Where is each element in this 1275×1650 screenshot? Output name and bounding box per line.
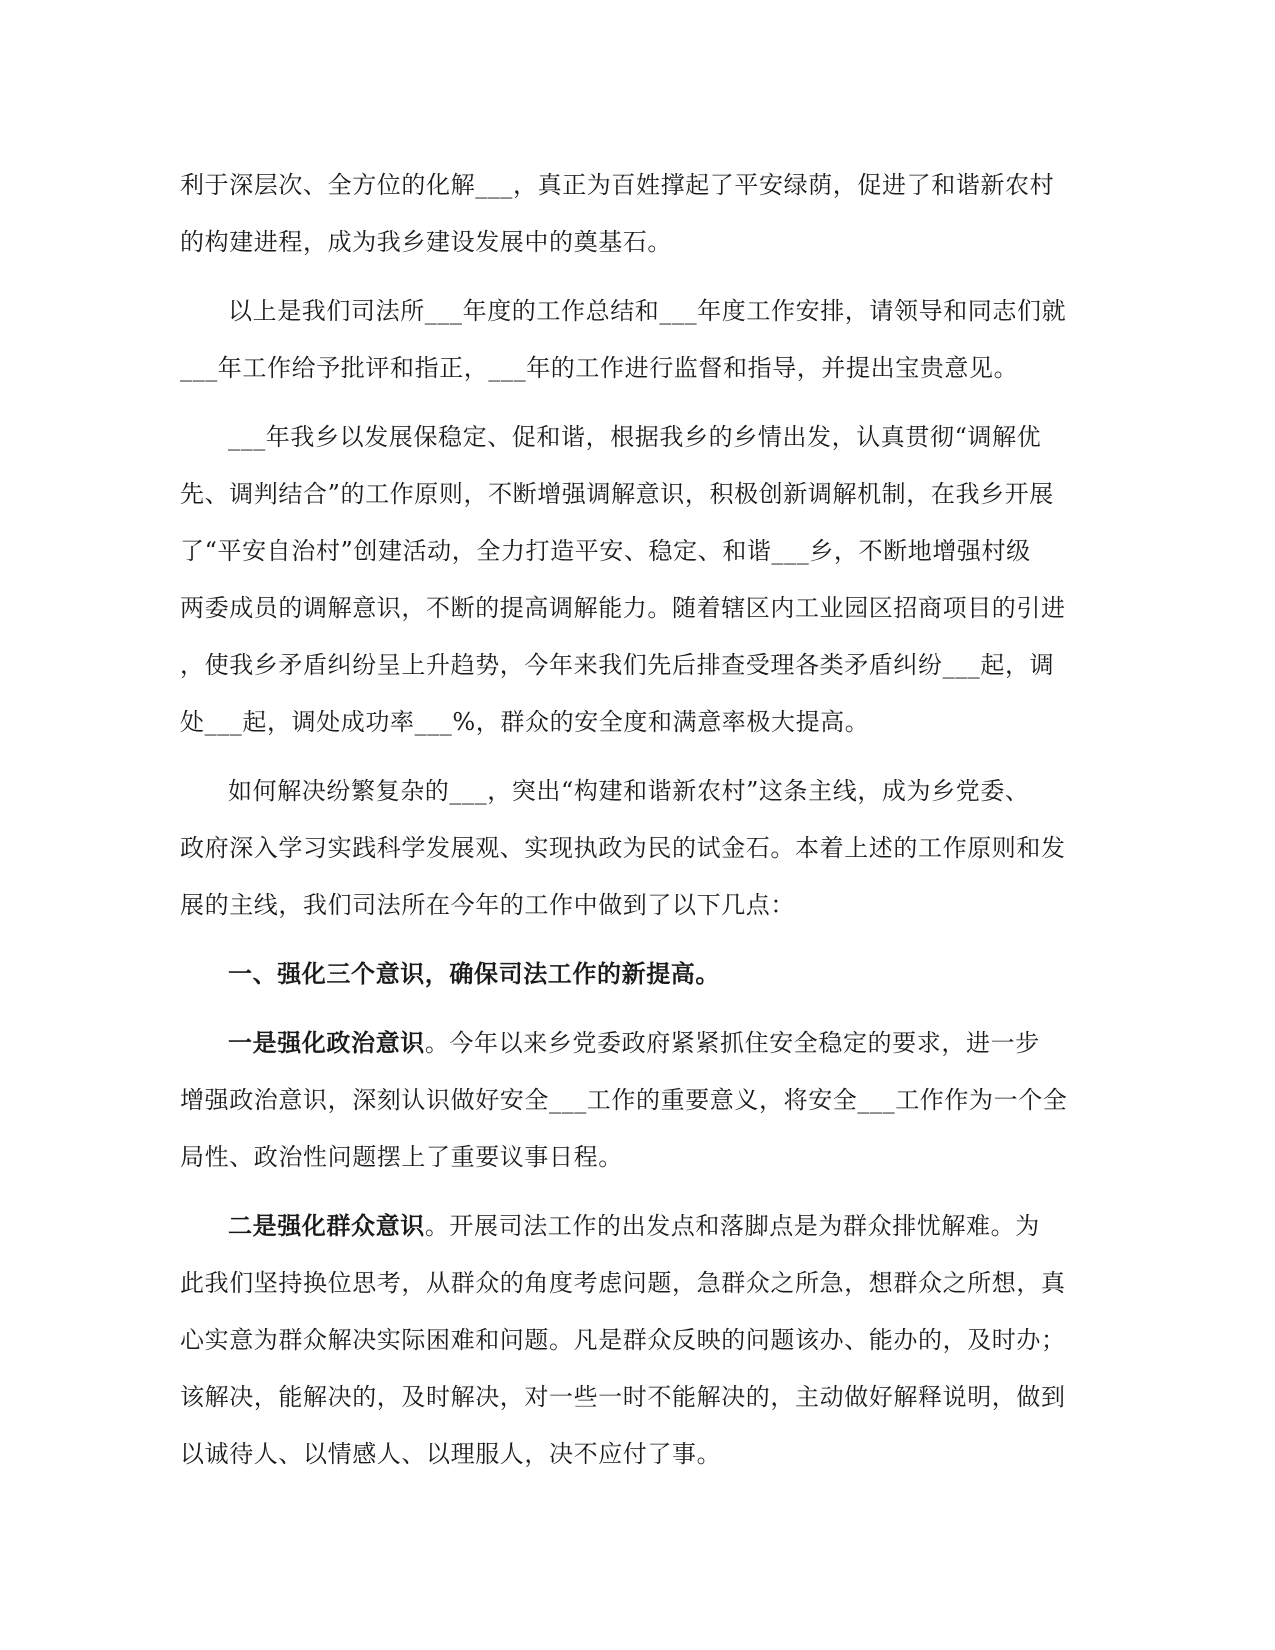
text-line: 处___起，调处成功率___%，群众的安全度和满意率极大提高。 [180,707,1040,737]
document-page: 利于深层次、全方位的化解___，真正为百姓撑起了平安绿荫，促进了和谐新农村 的构… [0,0,1275,1650]
text-line: 此我们坚持换位思考，从群众的角度考虑问题，急群众之所急，想群众之所想，真 [180,1268,1040,1298]
text-line: 如何解决纷繁复杂的___，突出“构建和谐新农村”这条主线，成为乡党委、 [228,776,1088,806]
subheading-masses: 二是强化群众意识 [228,1211,425,1240]
text-line: 心实意为群众解决实际困难和问题。凡是群众反映的问题该办、能办的，及时办； [180,1325,1040,1355]
subheading-political: 一是强化政治意识 [228,1028,425,1057]
text-span: 。开展司法工作的出发点和落脚点是为群众排忧解难。为 [425,1212,1040,1240]
text-line: 以诚待人、以情感人、以理服人，决不应付了事。 [180,1439,1040,1469]
text-line: 局性、政治性问题摆上了重要议事日程。 [180,1142,1040,1172]
text-line: 展的主线，我们司法所在今年的工作中做到了以下几点： [180,890,1040,920]
text-line: 增强政治意识，深刻认识做好安全___工作的重要意义，将安全___工作作为一个全 [180,1085,1040,1115]
text-line: 以上是我们司法所___年度的工作总结和___年度工作安排，请领导和同志们就 [228,296,1088,326]
text-line: 一是强化政治意识。今年以来乡党委政府紧紧抓住安全稳定的要求，进一步 [228,1028,1088,1058]
text-line: ，使我乡矛盾纠纷呈上升趋势，今年来我们先后排查受理各类矛盾纠纷___起，调 [180,650,1040,680]
text-line: ___年我乡以发展保稳定、促和谐，根据我乡的乡情出发，认真贯彻“调解优 [228,422,1088,452]
text-line: 利于深层次、全方位的化解___，真正为百姓撑起了平安绿荫，促进了和谐新农村 [180,170,1040,200]
text-line: 该解决，能解决的，及时解决，对一些一时不能解决的，主动做好解释说明，做到 [180,1382,1040,1412]
text-line: 先、调判结合”的工作原则，不断增强调解意识，积极创新调解机制，在我乡开展 [180,479,1040,509]
text-line: 政府深入学习实践科学发展观、实现执政为民的试金石。本着上述的工作原则和发 [180,833,1040,863]
text-line: 二是强化群众意识。开展司法工作的出发点和落脚点是为群众排忧解难。为 [228,1211,1088,1241]
text-line: 了“平安自治村”创建活动，全力打造平安、稳定、和谐___乡，不断地增强村级 [180,536,1040,566]
section-heading: 一、强化三个意识，确保司法工作的新提高。 [228,959,1088,989]
text-line: 两委成员的调解意识，不断的提高调解能力。随着辖区内工业园区招商项目的引进 [180,593,1040,623]
text-line: ___年工作给予批评和指正，___年的工作进行监督和指导，并提出宝贵意见。 [180,353,1040,383]
text-line: 的构建进程，成为我乡建设发展中的奠基石。 [180,227,1040,257]
text-span: 。今年以来乡党委政府紧紧抓住安全稳定的要求，进一步 [425,1029,1040,1057]
